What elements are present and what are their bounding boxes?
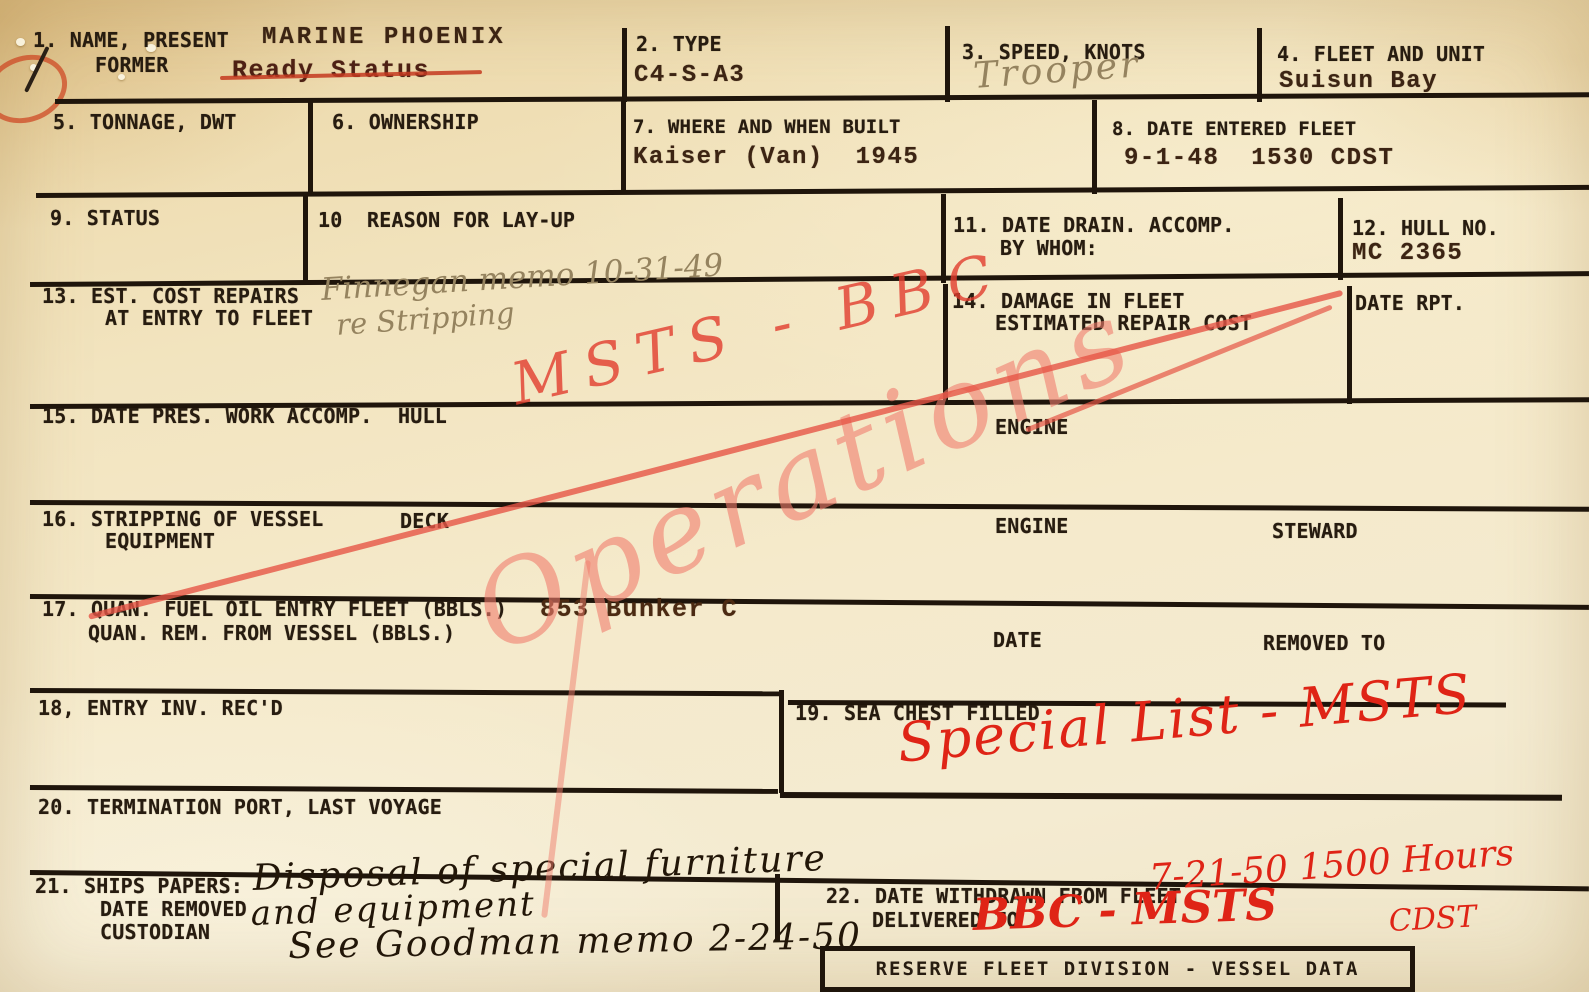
divider-f7-f8 [1092,100,1097,194]
field1-present-value: MARINE PHOENIX [262,24,506,51]
field1-former-label: FORMER [95,53,168,77]
field9-label: 9. STATUS [50,206,160,230]
field2-label: 2. TYPE [636,32,722,56]
field19-red-note: Special List - MSTS [895,662,1474,775]
field1-former-value: Ready Status [232,56,430,85]
field8-value: 9-1-48 1530 CDST [1124,145,1394,172]
field12-label: 12. HULL NO. [1352,216,1499,240]
field1-label: 1. NAME, PRESENT [33,28,229,52]
field16-sub-label: EQUIPMENT [105,529,215,553]
field12-value: MC 2365 [1352,240,1463,267]
field21-label: 21. SHIPS PAPERS: [35,874,243,898]
field14-date-rpt-label: DATE RPT. [1355,291,1465,315]
rule-row2-bottom [36,185,1589,198]
field16-label: 16. STRIPPING OF VESSEL [42,507,324,531]
divider-f5-f6 [308,102,313,194]
divider-f3-f4 [1257,28,1262,102]
divider-f14-daterpt [1347,286,1352,404]
divider-f11-f12 [1338,198,1343,280]
field17-date-label: DATE [993,628,1042,652]
field22-red-delivered-to: BBC - MSTS [972,879,1278,941]
divider-f6-f7 [621,101,626,194]
field4-label: 4. FLEET AND UNIT [1277,42,1485,66]
field15-label: 15. DATE PRES. WORK ACCOMP. [42,404,373,428]
field21-sub-label-1: DATE REMOVED [100,897,247,921]
vessel-data-card: 1. NAME, PRESENT MARINE PHOENIX FORMER R… [0,0,1589,992]
field13-pencil-note-1: Finnegan memo 10-31-49 [320,247,724,308]
field21-ink-note-1: Disposal of special furniture [252,838,828,899]
field4-value: Suisun Bay [1279,68,1438,95]
banner-box: RESERVE FLEET DIVISION - VESSEL DATA [820,946,1415,992]
field11-label: 11. DATE DRAIN. ACCOMP. [953,213,1235,237]
field22-red-timezone: CDST [1388,899,1477,939]
field7-value: Kaiser (Van) 1945 [633,144,919,171]
field13-sub-label: AT ENTRY TO FLEET [105,306,313,330]
field21-ink-note-3: See Goodman memo 2-24-50 [288,916,862,967]
field15-hull-label: HULL [398,404,447,428]
divider-f1-f2 [622,28,627,102]
banner-title: RESERVE FLEET DIVISION - VESSEL DATA [876,958,1360,980]
divider-f2-f3 [945,26,950,102]
rule-row18-bottom-left [30,785,778,794]
divider-f9-f10 [303,196,308,284]
field8-label: 8. DATE ENTERED FLEET [1112,118,1356,140]
divider-f18-f19 [779,690,784,793]
field18-label: 18, ENTRY INV. REC'D [38,696,283,720]
field6-label: 6. OWNERSHIP [332,110,479,134]
field2-value: C4-S-A3 [634,62,745,89]
field20-label: 20. TERMINATION PORT, LAST VOYAGE [38,795,442,819]
field17-removed-to-label: REMOVED TO [1263,631,1385,655]
field16-engine-label: ENGINE [995,514,1068,538]
paper-hole [16,38,25,46]
field5-label: 5. TONNAGE, DWT [53,110,237,134]
field7-label: 7. WHERE AND WHEN BUILT [633,116,901,138]
field10-label: 10 REASON FOR LAY-UP [318,208,575,232]
field21-sub-label-2: CUSTODIAN [100,920,210,944]
field13-label: 13. EST. COST REPAIRS [42,284,299,308]
field11-sub-label: BY WHOM: [1000,236,1098,260]
field16-steward-label: STEWARD [1272,519,1358,543]
field17-sub-label: QUAN. REM. FROM VESSEL (BBLS.) [88,621,455,645]
rule-seachest-bottom [780,792,1562,801]
